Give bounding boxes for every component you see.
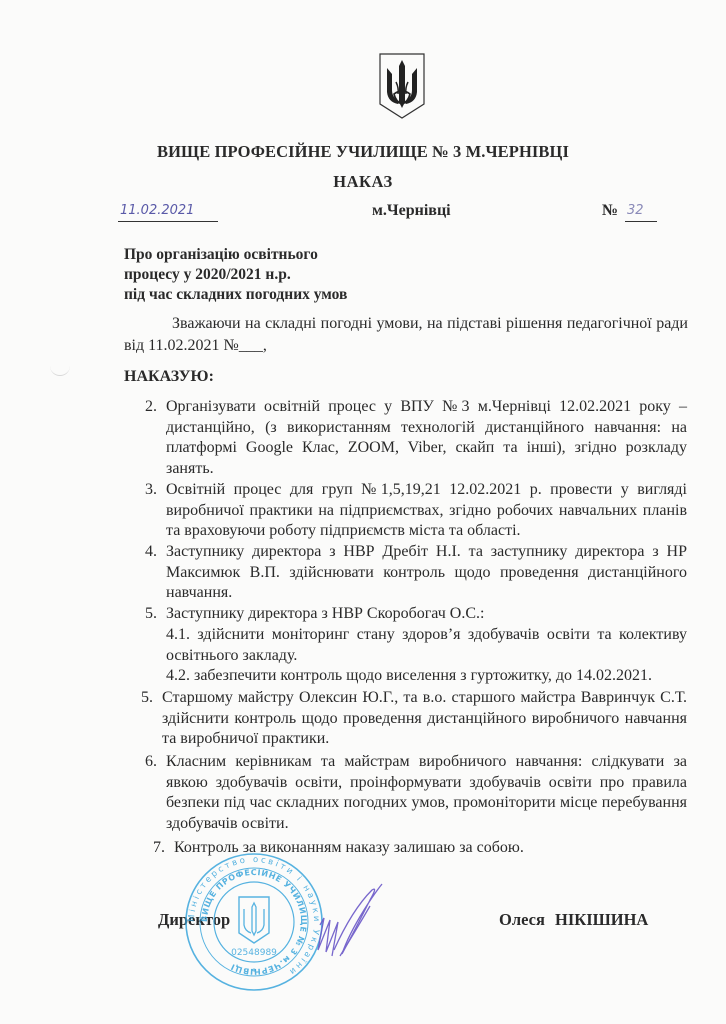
order-number-label: № — [602, 202, 618, 220]
item-number: 2. — [145, 397, 157, 418]
handwritten-signature — [312, 880, 392, 970]
subject-line: Про організацію освітнього — [124, 245, 347, 265]
order-city: м.Чернівці — [372, 202, 451, 220]
stamp-code: 02548989 — [231, 948, 277, 958]
item-text: Організувати освітній процес у ВПУ №3 м.… — [166, 398, 687, 477]
item-number: 3. — [145, 480, 157, 501]
item-number: 6. — [145, 752, 157, 773]
order-number: 32 — [625, 203, 657, 222]
official-stamp-icon: Міністерство освіти і науки України ВИЩЕ… — [183, 851, 325, 993]
document-type: НАКАЗ — [0, 172, 726, 192]
order-item: 2. Організувати освітній процес у ВПУ №3… — [166, 397, 687, 479]
item-number: 5. — [145, 604, 157, 625]
item-text: Заступнику директора з НВР Дребіт Н.І. т… — [166, 543, 687, 601]
item-number: 4. — [145, 542, 157, 563]
document-page: ВИЩЕ ПРОФЕСІЙНЕ УЧИЛИЩЕ № 3 М.ЧЕРНІВЦІ Н… — [0, 0, 726, 1024]
order-heading: НАКАЗУЮ: — [124, 368, 214, 386]
order-subject: Про організацію освітнього процесу у 202… — [124, 245, 347, 305]
item-text: Заступнику директора з НВР Скоробогач О.… — [166, 605, 484, 622]
organization-title: ВИЩЕ ПРОФЕСІЙНЕ УЧИЛИЩЕ № 3 М.ЧЕРНІВЦІ — [0, 142, 726, 162]
order-item: 5. Заступнику директора з НВР Скоробогач… — [166, 604, 687, 625]
item-text: Старшому майстру Олексин Ю.Г., та в.о. с… — [162, 689, 687, 747]
order-item: 4. Заступнику директора з НВР Дребіт Н.І… — [166, 542, 687, 604]
subject-line: процесу у 2020/2021 н.р. — [124, 265, 347, 285]
order-subitem: 4.2. забезпечити контроль щодо виселення… — [166, 666, 687, 687]
item-number: 5. — [141, 688, 153, 709]
order-date: 11.02.2021 — [118, 203, 218, 222]
order-subitem: 4.1. здійснити моніторинг стану здоров’я… — [166, 625, 687, 666]
preamble: Зважаючи на складні погодні умови, на пі… — [124, 313, 688, 357]
item-text: Освітній процес для груп №1,5,19,21 12.0… — [166, 481, 687, 539]
subject-line: під час складних погодних умов — [124, 285, 347, 305]
coat-of-arms-icon — [378, 52, 426, 120]
svg-text:*: * — [252, 967, 257, 978]
order-item: 5. Старшому майстру Олексин Ю.Г., та в.о… — [162, 688, 687, 750]
item-text: Класним керівникам та майстрам виробничо… — [166, 753, 687, 832]
item-number: 7. — [153, 838, 165, 859]
punch-hole-mark — [50, 365, 70, 376]
order-item: 3. Освітній процес для груп №1,5,19,21 1… — [166, 480, 687, 542]
order-item: 6. Класним керівникам та майстрам виробн… — [166, 752, 687, 834]
signatory-name: Олеся НІКІШИНА — [499, 910, 648, 930]
